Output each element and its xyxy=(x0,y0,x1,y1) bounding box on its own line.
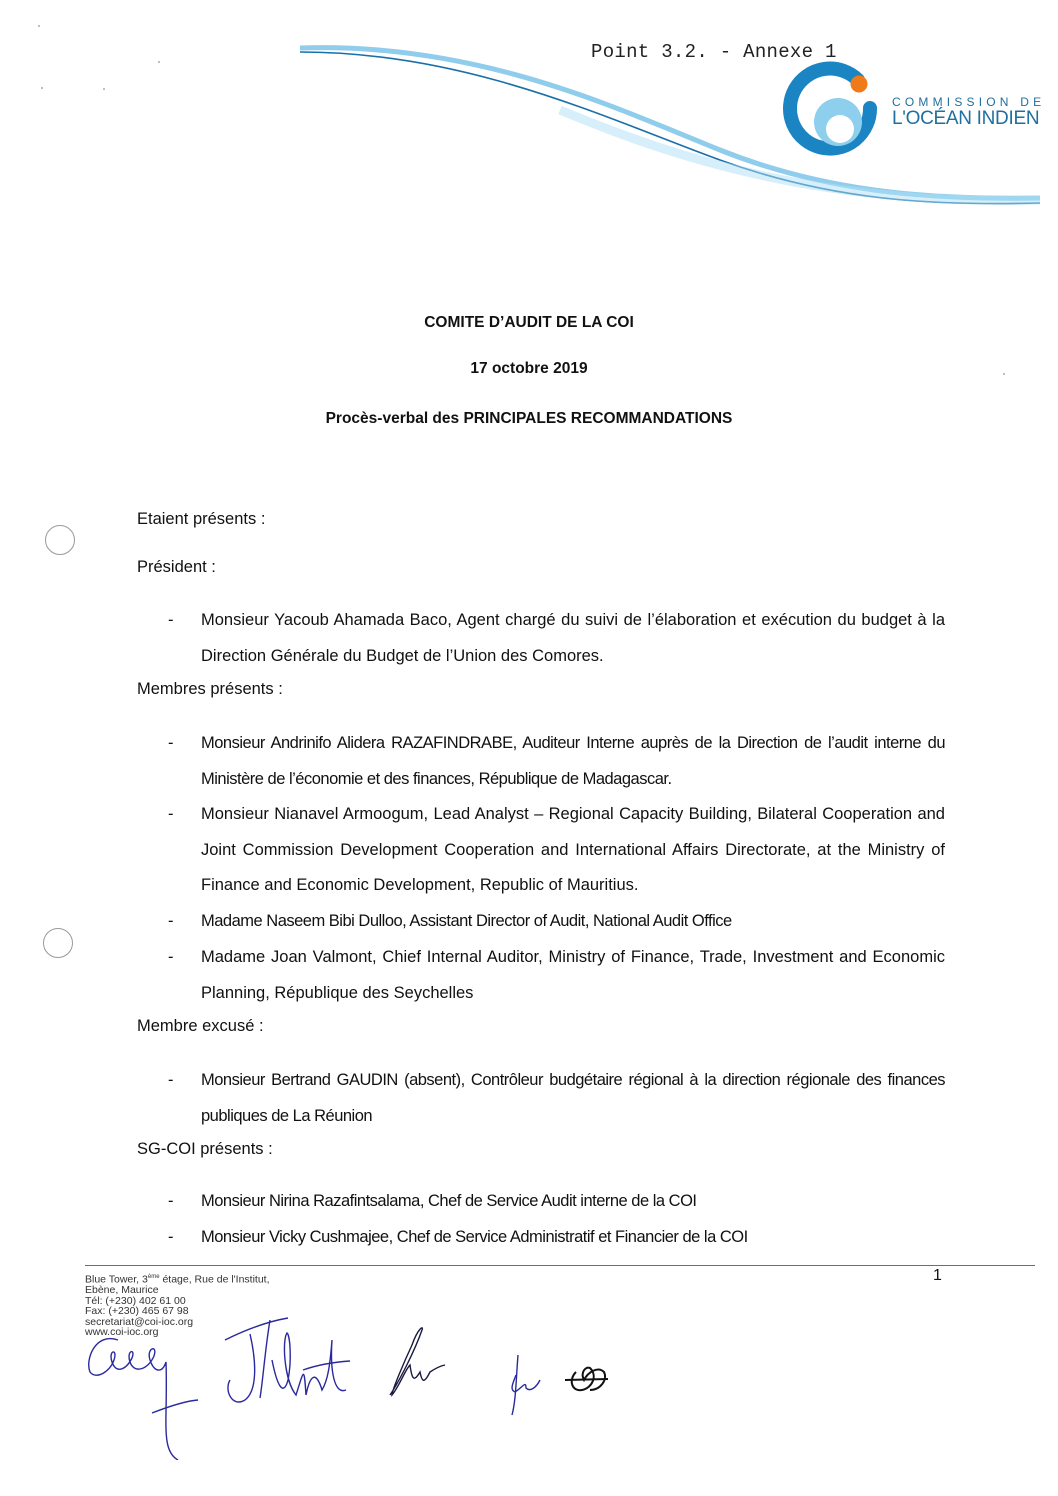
list-item-member: - Madame Joan Valmont, Chief Internal Au… xyxy=(137,940,945,1011)
logo-line-1: COMMISSION DE xyxy=(892,95,1045,109)
list-item-member: - Monsieur Andrinifo Alidera RAZAFINDRAB… xyxy=(137,726,945,797)
bullet-dash: - xyxy=(168,940,174,976)
signatures xyxy=(60,1300,710,1460)
bullet-dash: - xyxy=(168,726,174,762)
list-item-president: - Monsieur Yacoub Ahamada Baco, Agent ch… xyxy=(137,603,945,674)
list-item-sgcoi: - Monsieur Nirina Razafintsalama, Chef d… xyxy=(137,1184,945,1220)
coi-logo-text: COMMISSION DE L'OCÉAN INDIEN xyxy=(892,95,1045,130)
punch-hole xyxy=(45,525,75,555)
bullet-dash: - xyxy=(168,904,174,940)
bullet-dash: - xyxy=(168,797,174,833)
list-item-excused: - Monsieur Bertrand GAUDIN (absent), Con… xyxy=(137,1063,945,1134)
list-item-member: - Monsieur Nianavel Armoogum, Lead Analy… xyxy=(137,797,945,904)
signature-3-icon xyxy=(390,1328,445,1395)
footer-rule xyxy=(85,1265,1035,1266)
bullet-dash: - xyxy=(168,1063,174,1099)
bullet-dash: - xyxy=(168,603,174,639)
president-label: Président : xyxy=(137,558,216,577)
header-swoosh-decoration xyxy=(0,0,1058,260)
meeting-date: 17 octobre 2019 xyxy=(0,360,1058,378)
signature-1-icon xyxy=(89,1339,198,1460)
sgcoi-label: SG-COI présents : xyxy=(137,1140,273,1159)
members-label: Membres présents : xyxy=(137,680,283,699)
excused-label: Membre excusé : xyxy=(137,1017,264,1036)
signature-2-icon xyxy=(225,1318,350,1402)
page-number: 1 xyxy=(933,1267,942,1285)
bullet-dash: - xyxy=(168,1184,174,1220)
bullet-dash: - xyxy=(168,1220,174,1256)
coi-logo-icon xyxy=(790,69,870,149)
signature-5-icon xyxy=(565,1368,608,1391)
attendees-intro: Etaient présents : xyxy=(137,510,265,529)
list-item-sgcoi: - Monsieur Vicky Cushmajee, Chef de Serv… xyxy=(137,1220,945,1256)
committee-title: COMITE D’AUDIT DE LA COI xyxy=(0,314,1058,332)
punch-hole xyxy=(43,928,73,958)
annex-label: Point 3.2. - Annexe 1 xyxy=(591,41,837,63)
list-item-member: - Madame Naseem Bibi Dulloo, Assistant D… xyxy=(137,904,945,940)
signature-4-icon xyxy=(512,1355,540,1415)
document-subtitle: Procès-verbal des PRINCIPALES RECOMMANDA… xyxy=(0,410,1058,428)
logo-line-2: L'OCÉAN INDIEN xyxy=(892,108,1045,130)
